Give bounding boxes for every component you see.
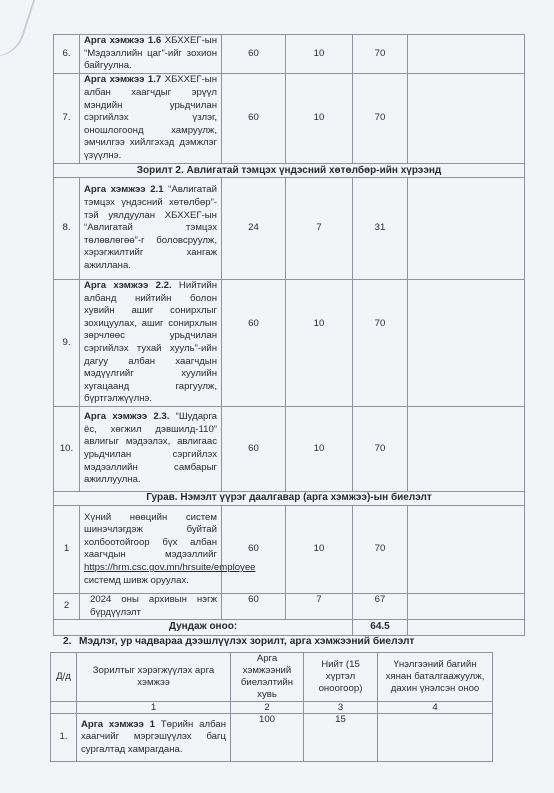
measure-description: Арга хэмжээ 1.7 ХБХХЕГ-ын албан хаагчдыг…	[80, 74, 222, 164]
table-row: 9. Арга хэмжээ 2.2. Нийтийн албанд нийти…	[54, 280, 525, 407]
measure-title: Арга хэмжээ 1	[81, 719, 155, 730]
table-row: 6. Арга хэмжээ 1.6 ХБХХЕГ-ын “Мэдээллийн…	[54, 35, 525, 74]
review-score	[408, 505, 525, 593]
measure-description: Арга хэмжээ 1 Төрийн албан хаагчийг мэрг…	[77, 714, 231, 762]
completion-percent: 60	[222, 35, 286, 74]
measure-text: ХБХХЕГ-ын албан хаагчдыг эрүүл мэндийн у…	[84, 74, 217, 161]
measure-text: Нийтийн албанд нийтийн болон хувийн ашиг…	[84, 280, 217, 404]
row-number: 9.	[54, 280, 80, 407]
score: 10	[286, 280, 353, 407]
row-number: 8.	[54, 178, 80, 280]
measure-title: Арга хэмжээ 1.6	[84, 35, 161, 46]
completion-percent: 100	[231, 714, 304, 762]
measure-description: Арга хэмжээ 2.3. “Шударга ёс, хөгжил дэв…	[80, 406, 222, 491]
section-number: 2.	[63, 636, 79, 647]
score: 10	[286, 74, 353, 164]
column-index-row: 1 2 3 4	[51, 702, 493, 714]
column-header-number: Д/д	[51, 653, 77, 702]
measure-title: Арга хэмжээ 2.2.	[84, 280, 172, 291]
evaluation-table-1: 6. Арга хэмжээ 1.6 ХБХХЕГ-ын “Мэдээллийн…	[53, 34, 525, 636]
table-row: 2 2024 оны архивын нэгж бүрдүүлэлт 60 7 …	[54, 593, 525, 619]
total: 70	[353, 74, 408, 164]
column-header-review: Үнэлгээний багийн хянан баталгаажуулж, д…	[378, 653, 493, 702]
table-row: 1. Арга хэмжээ 1 Төрийн албан хаагчийг м…	[51, 714, 493, 762]
row-number: 2	[54, 593, 80, 619]
measure-description: Арга хэмжээ 2.1 “Авлигатай тэмцэх үндэсн…	[80, 178, 222, 280]
total: 15	[304, 714, 378, 762]
review-score	[408, 280, 525, 407]
total: 70	[353, 35, 408, 74]
total: 31	[353, 178, 408, 280]
average-row: Дундаж оноо: 64.5	[54, 620, 525, 636]
average-score-value: 64.5	[353, 620, 408, 636]
total: 67	[353, 593, 408, 619]
review-score	[408, 406, 525, 491]
table-header-row: Д/д Зорилтыг хэрэгжүүлэх арга хэмжээ Арг…	[51, 653, 493, 702]
page-curl-shadow	[0, 0, 36, 65]
column-header-completion: Арга хэмжээний биелэлтийн хувь	[231, 653, 304, 702]
empty-cell	[51, 702, 77, 714]
section-heading-text: Мэдлэг, ур чадвараа дээшлүүлэх зорилт, а…	[79, 636, 414, 647]
completion-percent: 60	[222, 406, 286, 491]
row-number: 7.	[54, 74, 80, 164]
column-index: 3	[304, 702, 378, 714]
measure-description: Арга хэмжээ 2.2. Нийтийн албанд нийтийн …	[80, 280, 222, 407]
completion-percent: 60	[222, 505, 286, 593]
column-header-total: Нийт (15 хүртэл оноогоор)	[304, 653, 378, 702]
measure-description: Хүний нөөцийн систем шинэчлэгдэж буйтай …	[80, 505, 222, 593]
evaluation-table-2: Д/д Зорилтыг хэрэгжүүлэх арга хэмжээ Арг…	[50, 652, 493, 762]
completion-percent: 60	[222, 593, 286, 619]
review-score	[378, 714, 493, 762]
review-score	[408, 74, 525, 164]
section-heading-2: 2.Мэдлэг, ур чадвараа дээшлүүлэх зорилт,…	[63, 636, 414, 647]
total: 70	[353, 406, 408, 491]
measure-text: системд шивж оруулах.	[84, 575, 189, 586]
table-row: 7. Арга хэмжээ 1.7 ХБХХЕГ-ын албан хаагч…	[54, 74, 525, 164]
review-score	[408, 35, 525, 74]
column-index: 2	[231, 702, 304, 714]
score: 10	[286, 35, 353, 74]
column-index: 1	[77, 702, 231, 714]
review-score	[408, 178, 525, 280]
total: 70	[353, 280, 408, 407]
column-index: 4	[378, 702, 493, 714]
table-row: 1 Хүний нөөцийн систем шинэчлэгдэж буйта…	[54, 505, 525, 593]
average-score-extra	[408, 620, 525, 636]
section-title-additional-tasks: Гурав. Нэмэлт үүрэг даалгавар (арга хэмж…	[54, 491, 525, 505]
total: 70	[353, 505, 408, 593]
completion-percent: 24	[222, 178, 286, 280]
measure-text: Хүний нөөцийн систем шинэчлэгдэж буйтай …	[84, 512, 217, 561]
score: 7	[286, 593, 353, 619]
completion-percent: 60	[222, 74, 286, 164]
row-number: 6.	[54, 35, 80, 74]
measure-text: “Шударга ёс, хөгжил дэвшилд-110” авлигыг…	[84, 411, 217, 485]
measure-description: Арга хэмжээ 1.6 ХБХХЕГ-ын “Мэдээллийн ца…	[80, 35, 222, 74]
column-header-measure: Зорилтыг хэрэгжүүлэх арга хэмжээ	[77, 653, 231, 702]
completion-percent: 60	[222, 280, 286, 407]
score: 10	[286, 505, 353, 593]
measure-description: 2024 оны архивын нэгж бүрдүүлэлт	[80, 593, 222, 619]
measure-title: Арга хэмжээ 1.7	[84, 74, 161, 85]
table-row: 10. Арга хэмжээ 2.3. “Шударга ёс, хөгжил…	[54, 406, 525, 491]
section-title-goal-2: Зорилт 2. Авлигатай тэмцэх үндэсний хөтө…	[54, 164, 525, 178]
review-score	[408, 593, 525, 619]
measure-title: Арга хэмжээ 2.1	[84, 184, 164, 195]
row-number: 1	[54, 505, 80, 593]
score: 7	[286, 178, 353, 280]
measure-title: Арга хэмжээ 2.3.	[84, 411, 169, 422]
measure-text: “Авлигатай тэмцэх үндэсний хөтөлбөр”-тэй…	[84, 184, 217, 271]
section-header-row: Зорилт 2. Авлигатай тэмцэх үндэсний хөтө…	[54, 164, 525, 178]
section-header-row: Гурав. Нэмэлт үүрэг даалгавар (арга хэмж…	[54, 491, 525, 505]
table-row: 8. Арга хэмжээ 2.1 “Авлигатай тэмцэх үнд…	[54, 178, 525, 280]
score: 10	[286, 406, 353, 491]
average-score-label: Дундаж оноо:	[54, 620, 353, 636]
hrm-system-link[interactable]: https://hrm.csc.gov.mn/hrsuite/employee	[84, 562, 256, 573]
row-number: 1.	[51, 714, 77, 762]
row-number: 10.	[54, 406, 80, 491]
